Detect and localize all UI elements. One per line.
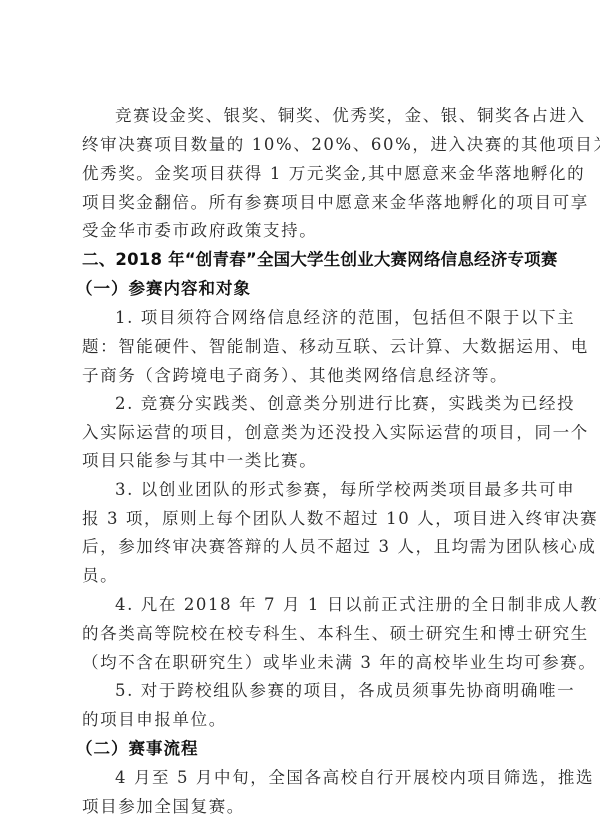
subsection-heading: （一）参赛内容和对象 <box>76 279 516 299</box>
list-item-line: 题：智能硬件、智能制造、移动互联、云计算、大数据运用、电 <box>82 337 522 357</box>
paragraph-line: 4 月至 5 月中旬，全国各高校自行开展校内项目筛选，推选 <box>115 768 522 788</box>
list-item-line: 子商务（含跨境电子商务）、其他类网络信息经济等。 <box>82 366 522 386</box>
document-page: 竞赛设金奖、银奖、铜奖、优秀奖，金、银、铜奖各占进入 终审决赛项目数量的 10%… <box>0 0 600 838</box>
list-item-line: 2. 竞赛分实践类、创意类分别进行比赛，实践类为已经投 <box>115 394 522 414</box>
section-heading: 二、2018 年“创青春”全国大学生创业大赛网络信息经济专项赛 <box>82 250 522 270</box>
list-item-line: 员。 <box>82 566 522 586</box>
list-item-line: 入实际运营的项目，创意类为还没投入实际运营的项目，同一个 <box>82 423 522 443</box>
list-item-line: 5. 对于跨校组队参赛的项目，各成员须事先协商明确唯一 <box>115 681 522 701</box>
paragraph-line: 优秀奖。金奖项目获得 1 万元奖金,其中愿意来金华落地孵化的 <box>82 164 522 184</box>
paragraph-line: 竞赛设金奖、银奖、铜奖、优秀奖，金、银、铜奖各占进入 <box>115 106 522 126</box>
paragraph-line: 项目参加全国复赛。 <box>82 797 522 817</box>
subsection-heading: （二）赛事流程 <box>76 739 516 759</box>
list-item-line: 3. 以创业团队的形式参赛，每所学校两类项目最多共可申 <box>115 480 522 500</box>
list-item-line: 的各类高等院校在校专科生、本科生、硕士研究生和博士研究生 <box>82 624 522 644</box>
paragraph-line: 终审决赛项目数量的 10%、20%、60%，进入决赛的其他项目为 <box>82 135 522 155</box>
list-item-line: 4. 凡在 2018 年 7 月 1 日以前正式注册的全日制非成人教育 <box>115 595 522 615</box>
list-item-line: 项目只能参与其中一类比赛。 <box>82 451 522 471</box>
paragraph-line: 项目奖金翻倍。所有参赛项目中愿意来金华落地孵化的项目可享 <box>82 193 522 213</box>
list-item-line: 1. 项目须符合网络信息经济的范围，包括但不限于以下主 <box>115 308 522 328</box>
list-item-line: 的项目申报单位。 <box>82 710 522 730</box>
list-item-line: 后，参加终审决赛答辩的人员不超过 3 人，且均需为团队核心成 <box>82 537 522 557</box>
list-item-line: （均不含在职研究生）或毕业未满 3 年的高校毕业生均可参赛。 <box>82 653 522 673</box>
paragraph-line: 受金华市委市政府政策支持。 <box>82 221 522 241</box>
list-item-line: 报 3 项，原则上每个团队人数不超过 10 人，项目进入终审决赛 <box>82 509 522 529</box>
